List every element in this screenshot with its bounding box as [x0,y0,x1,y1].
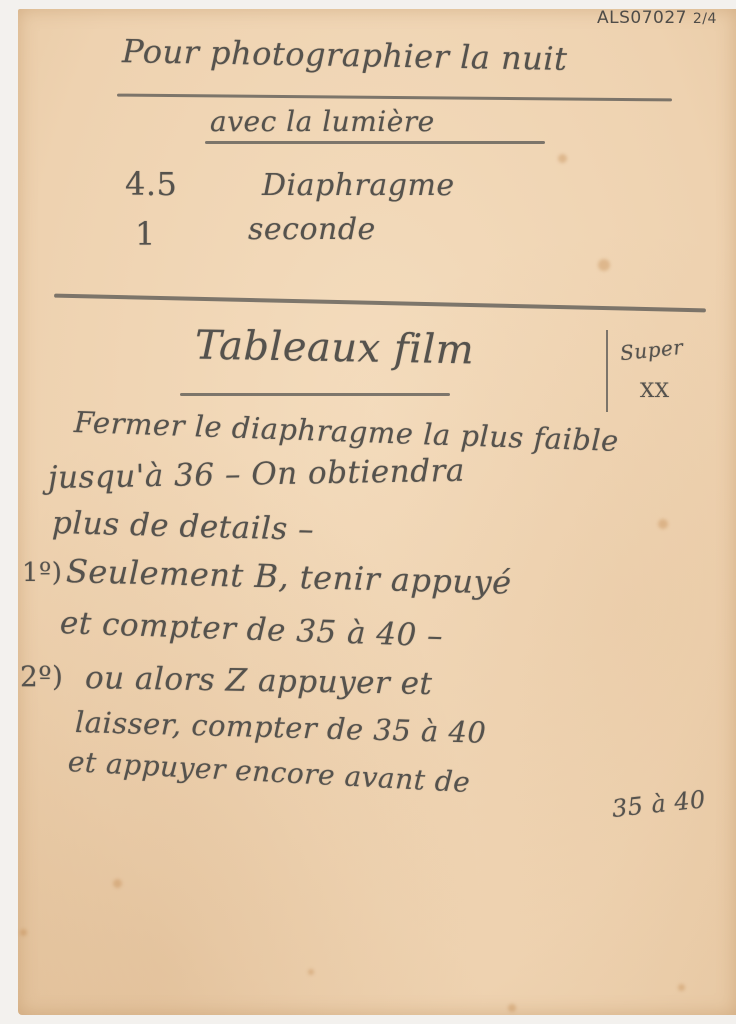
catalog-mark: ALS07027 2/4 [597,8,717,28]
title-underline [205,141,545,144]
section2-title: Tableaux film [195,323,475,374]
film-note-line2: XX [640,378,669,402]
foxing-spot [558,154,567,163]
setting-label: seconde [248,212,376,247]
foxing-spot [598,259,610,271]
foxing-spot [678,984,685,991]
section1-title-line1: Pour photographier la nuit [122,32,568,78]
foxing-spot [658,519,668,529]
page-number: 2/4 [693,11,717,27]
foxing-spot [20,929,27,936]
catalog-number: ALS07027 [597,8,687,28]
step2-line: ou alors Z appuyer et [85,660,433,702]
setting-value: 1 [135,215,156,253]
intro-line: plus de details – [52,505,315,548]
film-divider-rule [606,330,608,412]
section1-title-line2: avec la lumière [210,105,435,138]
step1-number: 1º) [22,558,62,588]
intro-line: jusqu'à 36 – On obtiendra [48,453,465,496]
step2-number: 2º) [20,660,63,693]
section2-title-underline [180,393,450,396]
foxing-spot [113,879,122,888]
foxing-spot [508,1004,516,1012]
setting-label: Diaphragme [262,168,455,203]
setting-value: 4.5 [125,165,177,203]
foxing-spot [308,969,314,975]
